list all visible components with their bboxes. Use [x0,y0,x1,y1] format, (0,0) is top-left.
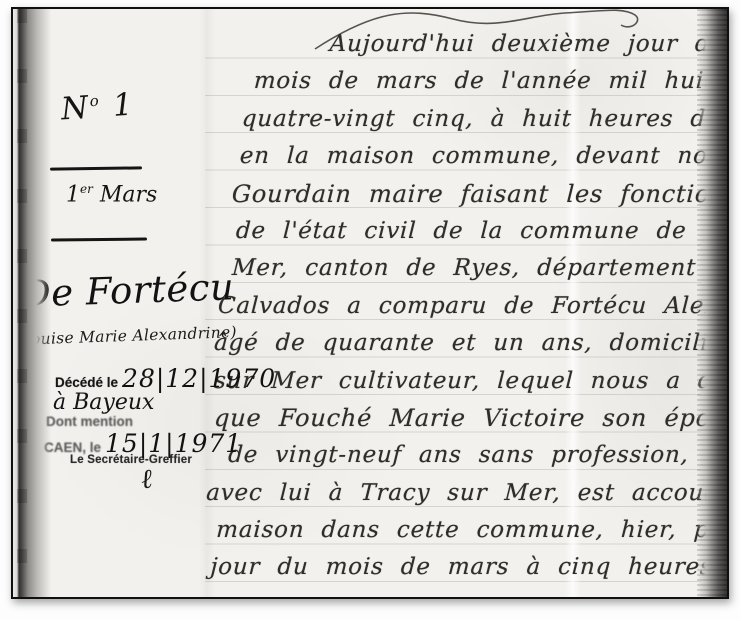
margin-date-superscript: er [80,182,93,196]
stamp-deceased-date: 28|12|1970 [122,364,276,393]
act-line: jour du mois de mars à cinq heures du so… [209,549,705,586]
margin-date-month: Mars [100,182,157,207]
book-binding-gutter [13,9,57,597]
act-line: de l'état civil de la commune de Tracy s… [235,213,723,250]
scanned-register-photo: No 1 1er Mars De Fortécu (Louise Marie A… [11,7,729,599]
act-line: Gourdain maire faisant les fonctions d'o… [231,176,725,213]
act-line: que Fouché Marie Victoire son épouse, âg… [213,400,713,437]
page-edge-right [697,9,727,597]
act-line: avec lui à Tracy sur Mer, est accouchée … [205,475,709,512]
act-line: Mer, canton de Ryes, département du [231,250,721,287]
margin-date-day: 1 [66,182,80,207]
register-page: No 1 1er Mars De Fortécu (Louise Marie A… [13,9,727,597]
stamp-deceased-label: Décédé le [55,375,118,390]
stamp-deceased-row: Décédé le 28|12|1970 [55,364,276,393]
record-number: No 1 [60,86,136,127]
stamp-place: à Bayeux [53,390,154,415]
margin-divider-line [50,166,142,170]
record-number-letter: N [60,90,92,128]
act-line: Aujourd'hui deuxième jour du [231,26,727,63]
act-line: quatre-vingt cinq, à huit heures du mati… [241,101,727,138]
stamp-mention-label: Dont mention [46,414,133,429]
act-line: Calvados a comparu de Fortécu Alexandre, [217,288,719,325]
act-line: maison dans cette commune, hier, premier [215,512,707,549]
act-line: sur Mer cultivateur, lequel nous a décla… [213,363,715,400]
greffier-paraph: ℓ [139,463,153,495]
act-line: en la maison commune, devant nous Eugène [239,138,727,175]
record-number-value: 1 [112,86,136,123]
act-line: de vingt-neuf ans sans profession, domic… [227,437,711,474]
act-line: âgé de quarante et un ans, domicilié à T… [213,325,717,362]
record-number-superscript: o [89,91,101,110]
stamp-officer-title: Le Secrétaire-Greffier [70,454,192,466]
act-line: mois de mars de l'année mil huit cent [253,63,727,100]
act-text: Aujourd'hui deuxième jour du mois de mar… [203,26,727,587]
margin-divider-line [51,237,147,241]
margin-date: 1er Mars [66,182,157,207]
